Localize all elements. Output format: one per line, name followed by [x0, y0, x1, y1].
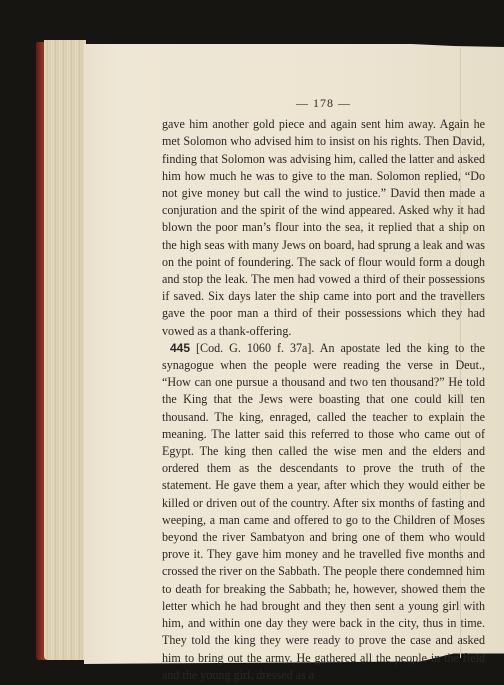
entry-number: 445: [170, 341, 190, 355]
paragraph-text: [Cod. G. 1060 f. 37a]. An apostate led t…: [162, 341, 485, 682]
page-number: — 178 —: [162, 95, 485, 112]
page-text: — 178 — gave him another gold piece and …: [162, 95, 485, 684]
paragraph-entry-445: 445 [Cod. G. 1060 f. 37a]. An apostate l…: [162, 340, 485, 684]
paragraph-text: gave him another gold piece and again se…: [162, 117, 485, 337]
paragraph-continuation: gave him another gold piece and again se…: [162, 116, 485, 340]
page-edges: [44, 40, 86, 660]
